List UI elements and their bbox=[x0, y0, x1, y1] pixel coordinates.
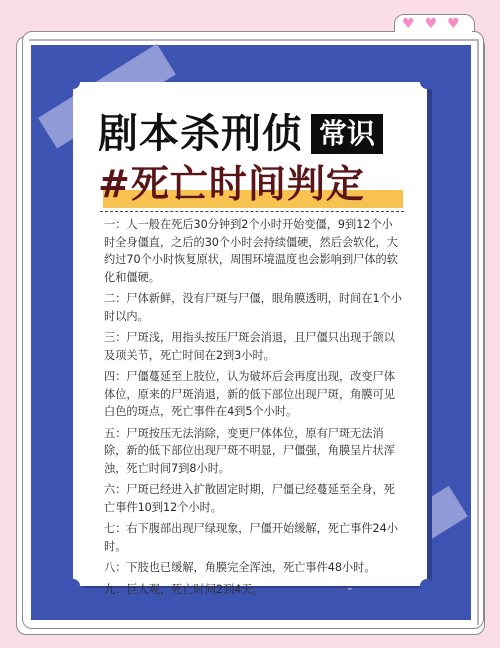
card-notch bbox=[420, 75, 434, 89]
heart-icon: ♥ bbox=[425, 16, 438, 32]
list-item: 七：右下腹部出现尸绿现象，尸僵开始缓解，死亡事件24小时。 bbox=[104, 520, 404, 555]
page-title: 剧本杀刑侦 bbox=[98, 110, 303, 158]
list-item: 八：下肢也已缓解，角膜完全浑浊，死亡事件48小时。 bbox=[104, 559, 404, 577]
subtitle: #死亡时间判定 bbox=[98, 160, 365, 208]
list-item: 四：尸僵蔓延至上肢位，认为破坏后会再度出现，改变尸体体位，原来的尸斑消退，新的低… bbox=[104, 368, 404, 421]
heart-icon: ♥ bbox=[402, 16, 415, 32]
card-notch bbox=[66, 75, 80, 89]
list-item: 五：尸斑按压无法消除，变更尸体体位，原有尸斑无法消除，新的低下部位出现尸斑不明显… bbox=[104, 425, 404, 478]
list-item: 三：尸斑浅，用指头按压尸斑会消退，且尸僵只出现于颌以及项关节，死亡时间在2到3小… bbox=[104, 329, 404, 364]
dashed-divider bbox=[100, 211, 404, 212]
card-notch bbox=[66, 579, 80, 593]
list-item: 一：人一般在死后30分钟到2个小时开始变僵，9到12个小时全身僵直，之后的30个… bbox=[104, 216, 404, 286]
list-item: 二：尸体新鲜，没有尸斑与尸僵，眼角膜透明，时间在1个小时以内。 bbox=[104, 290, 404, 325]
title-row: 剧本杀刑侦 常识 bbox=[98, 110, 383, 158]
list-item: 九：巨人观，死亡时间2到4天。 bbox=[104, 581, 404, 599]
title-badge: 常识 bbox=[311, 114, 383, 154]
heart-icon: ♥ bbox=[447, 16, 460, 32]
hearts: ♥ ♥ ♥ bbox=[402, 16, 460, 32]
list-item: 六：尸斑已经进入扩散固定时期，尸僵已经蔓延至全身，死亡事件10到12个小时。 bbox=[104, 481, 404, 516]
content-list: 一：人一般在死后30分钟到2个小时开始变僵，9到12个小时全身僵直，之后的30个… bbox=[104, 216, 404, 602]
card-notch bbox=[420, 579, 434, 593]
